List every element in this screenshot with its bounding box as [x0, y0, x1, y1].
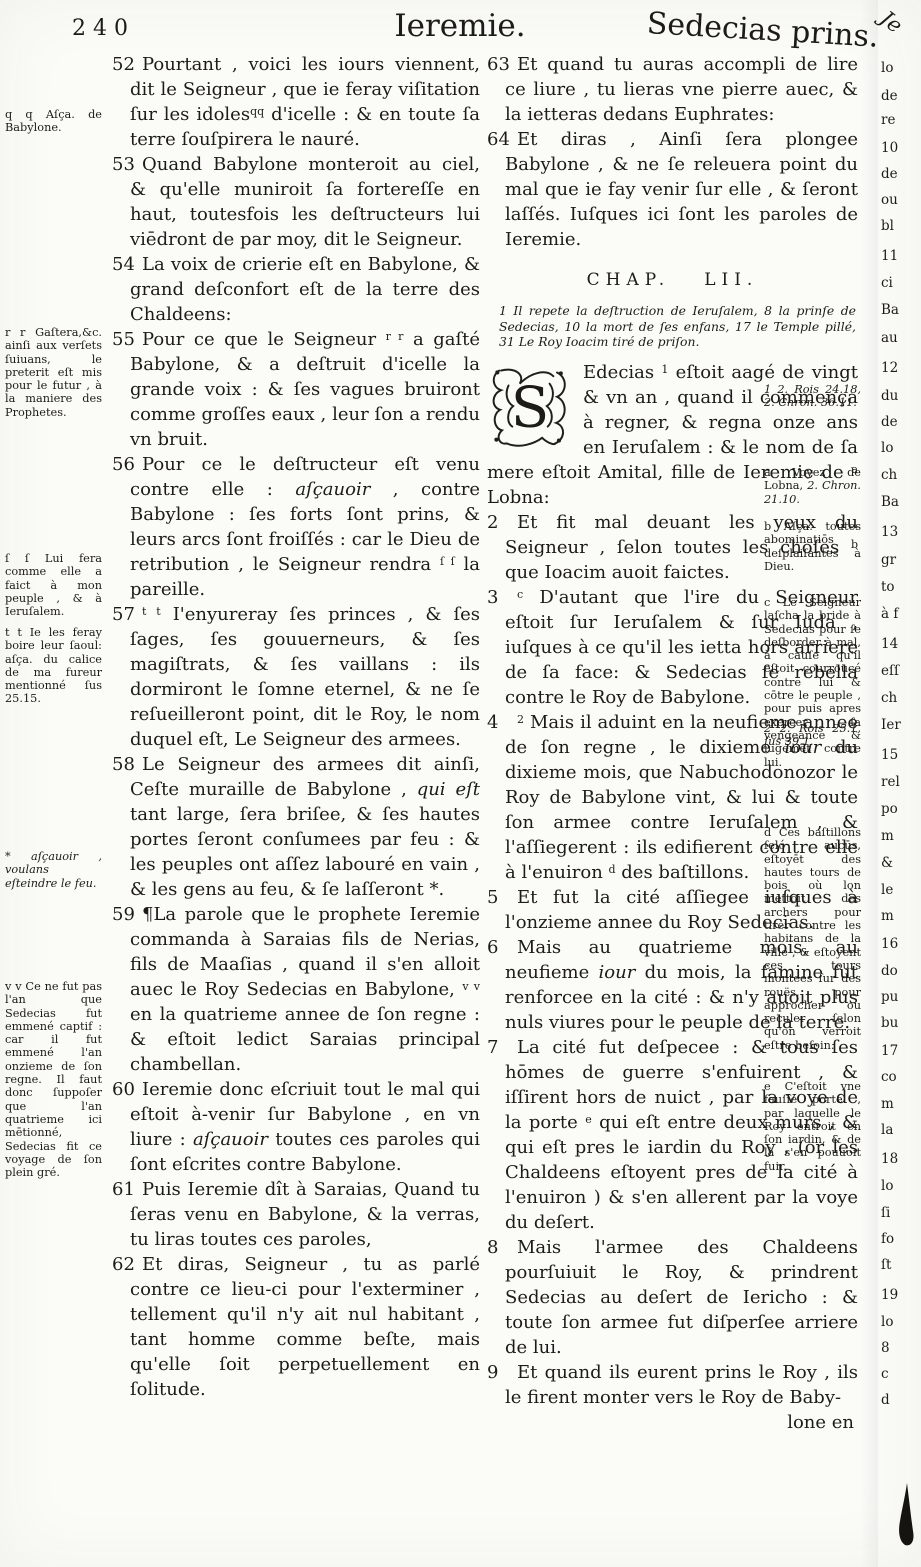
edge-fragment-text: pu	[881, 989, 898, 1005]
verse-number: 52	[112, 52, 142, 77]
verse-text: Et diras , Ainſi ſera plongee Babylone ,…	[505, 129, 858, 250]
edge-text-fragment: do	[881, 963, 898, 979]
edge-fragment-text: 8	[881, 1340, 890, 1356]
verse-number: 58	[112, 752, 142, 777]
edge-text-fragment: rel	[881, 774, 900, 790]
edge-text-fragment: 13	[881, 524, 898, 540]
verse-number: 64	[487, 127, 517, 152]
edge-fragment-text: m	[881, 1096, 894, 1112]
verse-paragraph: 63Et quand tu auras accompli de lire ce …	[487, 52, 858, 127]
edge-fragment-text: lo	[881, 1314, 893, 1330]
book-page: 240 Ieremie. Sedecias prins. 52Pourtant …	[0, 0, 921, 1567]
edge-text-fragment: co	[881, 1069, 897, 1085]
margin-note: 1 2. Rois 24.18, 2. Chron. 36.11.	[764, 383, 861, 410]
verse-text: Quand Babylone monteroit au ciel, & qu'e…	[130, 154, 480, 250]
verse-number: 60	[112, 1077, 142, 1102]
verse-paragraph: 57t t I'enyureray ſes princes , & ſes ſa…	[112, 602, 480, 752]
edge-text-fragment: fo	[881, 1231, 894, 1247]
verse-number: 62	[112, 1252, 142, 1277]
edge-text-fragment: ſi	[881, 1205, 890, 1221]
edge-text-fragment: 12	[881, 360, 898, 376]
verse-paragraph: 9Et quand ils eurent prins le Roy , ils …	[487, 1360, 858, 1410]
margin-note-text: b Aſça. toutes abominatiōs deſplaiſantes…	[764, 520, 861, 573]
edge-text-fragment: 17	[881, 1043, 898, 1059]
woodcut-initial-frame: S	[487, 365, 573, 449]
page-curl-shadow	[860, 0, 878, 1567]
edge-fragment-text: re	[881, 112, 895, 128]
edge-text-fragment: lo	[881, 440, 893, 456]
edge-text-fragment: à f	[881, 606, 898, 622]
edge-text-fragment: de	[881, 414, 898, 430]
edge-text-fragment: m	[881, 908, 894, 924]
verse-paragraph: 52Pourtant , voici les iours viennent, d…	[112, 52, 480, 152]
verse-number: 61	[112, 1177, 142, 1202]
ink-blot	[897, 1483, 917, 1547]
margin-note: b Aſça. toutes abominatiōs deſplaiſantes…	[764, 520, 861, 573]
verse-text: Puis Ieremie dît à Saraias, Quand tu ſer…	[130, 1179, 480, 1250]
edge-fragment-text: co	[881, 1069, 897, 1085]
edge-text-fragment: 19	[881, 1287, 898, 1303]
edge-text-fragment: 18	[881, 1151, 898, 1167]
edge-fragment-text: Ba	[881, 302, 899, 318]
edge-text-fragment: pu	[881, 989, 898, 1005]
margin-note-text: d Ces baſtillons ſeló aucūs, eſtoyēt des…	[764, 826, 861, 1052]
drop-cap-letter: S	[511, 375, 549, 440]
margin-note-text: a Voyez de Lobna, 2. Chron. 21.10.	[764, 466, 861, 506]
chapter-label: CHAP.	[587, 270, 671, 290]
running-title: Ieremie.	[360, 8, 560, 44]
verse-paragraph: 60Ieremie donc eſcriuit tout le mal qui …	[112, 1077, 480, 1177]
edge-fragment-text: ch	[881, 690, 897, 706]
edge-text-fragment: lo	[881, 60, 893, 76]
edge-fragment-text: c	[881, 1366, 889, 1382]
verse-text: Ieremie donc eſcriuit tout le mal qui eſ…	[130, 1079, 480, 1175]
margin-note: ſ ſ Lui fera comme elle a faict à mon pe…	[5, 552, 102, 618]
edge-fragment-text: 17	[881, 1043, 898, 1059]
edge-text-fragment: du	[881, 388, 898, 404]
drop-cap-ornament: S	[487, 365, 573, 449]
edge-text-fragment: 14	[881, 636, 898, 652]
edge-fragment-text: lo	[881, 440, 893, 456]
edge-fragment-text: Ba	[881, 494, 899, 510]
edge-text-fragment: ſt	[881, 1257, 891, 1273]
verse-paragraph: 61Puis Ieremie dît à Saraias, Quand tu ſ…	[112, 1177, 480, 1252]
edge-fragment-text: 16	[881, 936, 898, 952]
edge-text-fragment: Ba	[881, 494, 899, 510]
edge-text-fragment: lo	[881, 1178, 893, 1194]
edge-text-fragment: &	[881, 855, 893, 871]
verse-paragraph: 58Le Seigneur des armees dit ainſi, Ceſt…	[112, 752, 480, 902]
verse-paragraph: 59¶La parole que le prophete Ieremie com…	[112, 902, 480, 1077]
margin-note-text: r r Gaſtera,&c. ainſi aux verſets ſuiuan…	[5, 326, 102, 419]
verse-paragraph: 56Pour ce le deſtructeur eſt venu contre…	[112, 452, 480, 602]
verse-text: Et diras, Seigneur , tu as parlé contre …	[130, 1254, 480, 1400]
margin-note: v v Ce ne fut pas l'an que Sedecias fut …	[5, 980, 102, 1179]
edge-fragment-text: d	[881, 1392, 890, 1408]
edge-text-fragment: au	[881, 330, 898, 346]
margin-note-text: ſ ſ Lui fera comme elle a faict à mon pe…	[5, 552, 102, 618]
verse-number: 2	[487, 510, 517, 535]
verse-text: Et quand tu auras accompli de lire ce li…	[505, 54, 858, 125]
edge-fragment-text: de	[881, 414, 898, 430]
edge-fragment-text: Ier	[881, 717, 901, 733]
edge-text-fragment: eſſ	[881, 663, 899, 679]
edge-text-fragment: ou	[881, 192, 898, 208]
edge-fragment-text: Je	[876, 6, 907, 38]
verse-number: 54	[112, 252, 142, 277]
verse-number: 9	[487, 1360, 517, 1385]
verse-text: Pour ce que le Seigneur r r a gaſté Baby…	[130, 329, 480, 450]
edge-fragment-text: 14	[881, 636, 898, 652]
edge-text-fragment: re	[881, 112, 895, 128]
edge-text-fragment: bu	[881, 1015, 898, 1031]
edge-fragment-text: 19	[881, 1287, 898, 1303]
edge-fragment-text: 11	[881, 248, 898, 264]
edge-fragment-text: 10	[881, 140, 898, 156]
edge-fragment-text: m	[881, 908, 894, 924]
verse-paragraph: 62Et diras, Seigneur , tu as parlé contr…	[112, 1252, 480, 1402]
edge-text-fragment: ci	[881, 275, 893, 291]
edge-text-fragment: Je	[876, 6, 907, 38]
catchword: lone en	[487, 1410, 858, 1435]
verse-number: 55	[112, 327, 142, 352]
verse-text: t t I'enyureray ſes princes , & ſes ſage…	[130, 604, 480, 750]
verse-number: 5	[487, 885, 517, 910]
section-title: Sedecias prins.	[646, 6, 888, 55]
edge-text-fragment: 11	[881, 248, 898, 264]
edge-text-fragment: lo	[881, 1314, 893, 1330]
edge-fragment-text: to	[881, 579, 895, 595]
edge-fragment-text: 12	[881, 360, 898, 376]
chapter-argument: 1 Il repete la deſtruction de Ieruſalem,…	[499, 303, 856, 350]
margin-note-text: t t Ie les feray boire leur ſaoul: aſça.…	[5, 626, 102, 705]
verse-number: 53	[112, 152, 142, 177]
edge-text-fragment: gr	[881, 552, 896, 568]
edge-fragment-text: ou	[881, 192, 898, 208]
edge-fragment-text: à f	[881, 606, 898, 622]
verse-number: 7	[487, 1035, 517, 1060]
verse-number: 63	[487, 52, 517, 77]
verse-text: Et quand ils eurent prins le Roy , ils l…	[505, 1362, 858, 1408]
edge-text-fragment: m	[881, 828, 894, 844]
edge-fragment-text: lo	[881, 1178, 893, 1194]
edge-text-fragment: 10	[881, 140, 898, 156]
edge-text-fragment: 15	[881, 747, 898, 763]
edge-fragment-text: bl	[881, 218, 894, 234]
edge-fragment-text: 13	[881, 524, 898, 540]
edge-fragment-text: ſi	[881, 1205, 890, 1221]
edge-fragment-text: lo	[881, 60, 893, 76]
margin-note: e C'eſtoit vne fauſſe porte , par laquel…	[764, 1080, 861, 1173]
verse-number: 59	[112, 902, 142, 927]
edge-text-fragment: ch	[881, 467, 897, 483]
margin-note: t t Ie les feray boire leur ſaoul: aſça.…	[5, 626, 102, 706]
verse-paragraph: 53Quand Babylone monteroit au ciel, & qu…	[112, 152, 480, 252]
edge-text-fragment: de	[881, 88, 898, 104]
chapter51-end-verses: 63Et quand tu auras accompli de lire ce …	[487, 52, 858, 252]
edge-text-fragment: bl	[881, 218, 894, 234]
margin-note-text: 2 2. Rois 25.1, ſus 39.1.	[764, 722, 861, 748]
edge-text-fragment: 16	[881, 936, 898, 952]
page-number: 240	[72, 16, 135, 41]
edge-fragment-text: bu	[881, 1015, 898, 1031]
edge-fragment-text: la	[881, 1122, 893, 1138]
edge-text-fragment: ch	[881, 690, 897, 706]
verse-number: 56	[112, 452, 142, 477]
edge-fragment-text: 15	[881, 747, 898, 763]
margin-note: 2 2. Rois 25.1, ſus 39.1.	[764, 722, 861, 749]
edge-text-fragment: la	[881, 1122, 893, 1138]
next-page-edge: Jelodere10deoubl11ciBaau12dudelochBa13gr…	[879, 0, 921, 1567]
verse-text: Le Seigneur des armees dit ainſi, Ceſte …	[130, 754, 480, 900]
edge-fragment-text: fo	[881, 1231, 894, 1247]
verse-paragraph: 54La voix de crierie eſt en Babylone, & …	[112, 252, 480, 327]
margin-note: r r Gaſtera,&c. ainſi aux verſets ſuiuan…	[5, 326, 102, 419]
margin-note: a Voyez de Lobna, 2. Chron. 21.10.	[764, 466, 861, 506]
margin-note-text: v v Ce ne fut pas l'an que Sedecias fut …	[5, 980, 102, 1179]
verse-number: 3	[487, 585, 517, 610]
margin-note-text: * aſçauoir , voulans eſteindre le feu.	[5, 850, 102, 890]
edge-fragment-text: ſt	[881, 1257, 891, 1273]
verse-number: 4	[487, 710, 517, 735]
margin-note-text: q q Aſça. de Babylone.	[5, 108, 102, 134]
edge-fragment-text: le	[881, 882, 893, 898]
edge-fragment-text: ch	[881, 467, 897, 483]
edge-fragment-text: ci	[881, 275, 893, 291]
edge-fragment-text: do	[881, 963, 898, 979]
edge-fragment-text: gr	[881, 552, 896, 568]
edge-fragment-text: m	[881, 828, 894, 844]
edge-text-fragment: Ier	[881, 717, 901, 733]
chapter-heading: CHAP.LII.	[487, 268, 858, 293]
edge-text-fragment: de	[881, 166, 898, 182]
margin-note-text: e C'eſtoit vne fauſſe porte , par laquel…	[764, 1080, 861, 1173]
edge-fragment-text: po	[881, 801, 898, 817]
edge-fragment-text: 18	[881, 1151, 898, 1167]
verse-paragraph: 8Mais l'armee des Chaldeens pourſuiuit l…	[487, 1235, 858, 1360]
margin-note: d Ces baſtillons ſeló aucūs, eſtoyēt des…	[764, 826, 861, 1052]
edge-fragment-text: de	[881, 166, 898, 182]
edge-fragment-text: de	[881, 88, 898, 104]
verse-number: 8	[487, 1235, 517, 1260]
edge-text-fragment: le	[881, 882, 893, 898]
edge-text-fragment: Ba	[881, 302, 899, 318]
margin-note: * aſçauoir , voulans eſteindre le feu.	[5, 850, 102, 890]
edge-fragment-text: eſſ	[881, 663, 899, 679]
margin-note: q q Aſça. de Babylone.	[5, 108, 102, 135]
verse-text: ¶La parole que le prophete Ieremie comma…	[130, 904, 480, 1075]
verse-number: 6	[487, 935, 517, 960]
edge-text-fragment: d	[881, 1392, 890, 1408]
verse-paragraph: 55Pour ce que le Seigneur r r a gaſté Ba…	[112, 327, 480, 452]
chapter-number: LII.	[704, 270, 758, 290]
margin-note-text: 1 2. Rois 24.18, 2. Chron. 36.11.	[764, 383, 861, 409]
edge-text-fragment: c	[881, 1366, 889, 1382]
verse-number: 57	[112, 602, 142, 627]
verse-text: Mais l'armee des Chaldeens pourſuiuit le…	[505, 1237, 858, 1358]
edge-fragment-text: du	[881, 388, 898, 404]
edge-fragment-text: au	[881, 330, 898, 346]
edge-text-fragment: po	[881, 801, 898, 817]
verse-text: La voix de crierie eſt en Babylone, & gr…	[130, 254, 480, 325]
edge-text-fragment: to	[881, 579, 895, 595]
edge-fragment-text: rel	[881, 774, 900, 790]
verse-text: Pour ce le deſtructeur eſt venu contre e…	[130, 454, 480, 600]
edge-fragment-text: &	[881, 855, 893, 871]
verse-text: Pourtant , voici les iours viennent, dit…	[130, 54, 480, 150]
edge-text-fragment: 8	[881, 1340, 890, 1356]
verse-paragraph: 64Et diras , Ainſi ſera plongee Babylone…	[487, 127, 858, 252]
left-text-column: 52Pourtant , voici les iours viennent, d…	[112, 52, 480, 1402]
edge-text-fragment: m	[881, 1096, 894, 1112]
